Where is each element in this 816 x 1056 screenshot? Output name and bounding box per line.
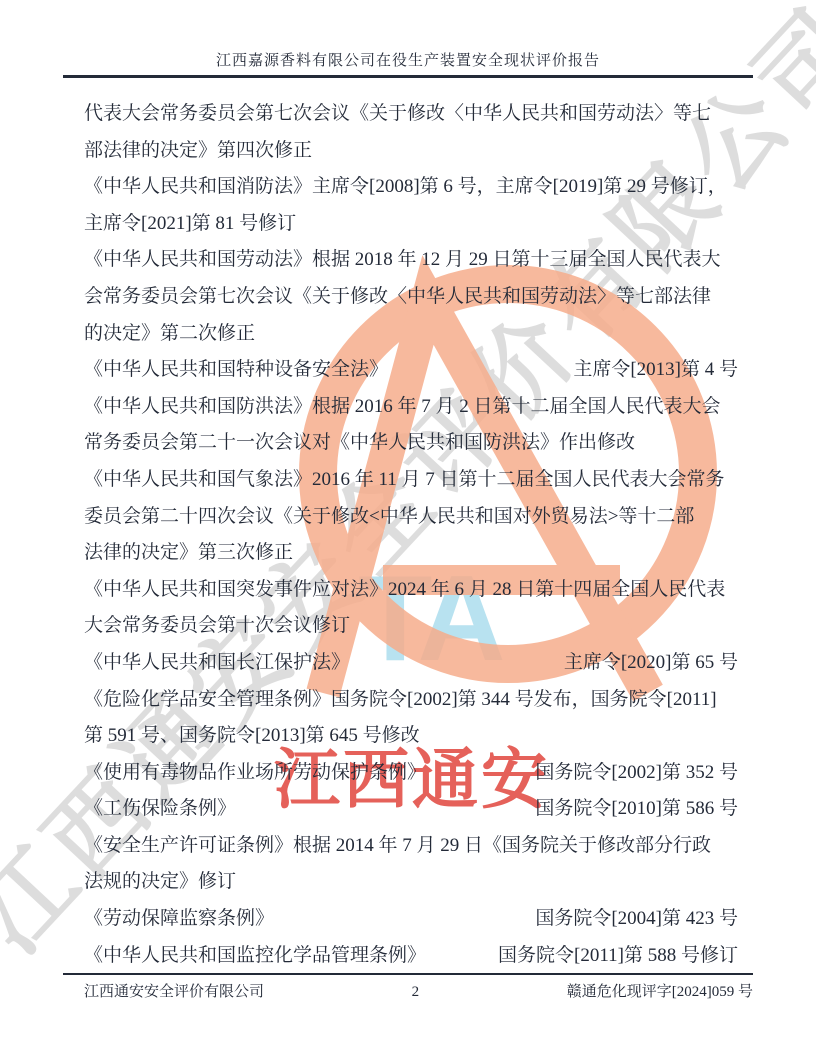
law-text: 法规的决定》修订 xyxy=(84,864,236,901)
body-line: 第 591 号、国务院令[2013]第 645 号修改 xyxy=(84,718,738,755)
decree-number: 主席令[2020]第 65 号 xyxy=(564,645,738,682)
footer-doc-number: 赣通危化现评字[2024]059 号 xyxy=(567,980,753,1001)
body-line: 大会常务委员会第十次会议修订 xyxy=(84,608,738,645)
document-page: 江西通安安全评价有限公司 TA 江西通安 江西嘉源香料有限公司在役生产装置安全现… xyxy=(0,0,816,1056)
law-text: 《中华人民共和国劳动法》根据 2018 年 12 月 29 日第十三届全国人民代… xyxy=(84,242,721,279)
body-line: 委员会第二十四次会议《关于修改<中华人民共和国对外贸易法>等十二部 xyxy=(84,499,738,536)
law-text: 《工伤保险条例》 xyxy=(84,791,236,828)
body-line: 《安全生产许可证条例》根据 2014 年 7 月 29 日《国务院关于修改部分行… xyxy=(84,828,738,865)
law-text: 代表大会常务委员会第七次会议《关于修改〈中华人民共和国劳动法〉等七 xyxy=(84,96,711,133)
body-line: 《使用有毒物品作业场所劳动保护条例》国务院令[2002]第 352 号 xyxy=(84,755,738,792)
law-text: 《劳动保障监察条例》 xyxy=(84,901,274,938)
body-line: 《中华人民共和国消防法》主席令[2008]第 6 号，主席令[2019]第 29… xyxy=(84,169,738,206)
law-text: 《中华人民共和国防洪法》根据 2016 年 7 月 2 日第十二届全国人民代表大… xyxy=(84,389,721,426)
decree-number: 国务院令[2010]第 586 号 xyxy=(535,791,738,828)
decree-number: 主席令[2013]第 4 号 xyxy=(573,352,738,389)
body-line: 法律的决定》第三次修正 xyxy=(84,535,738,572)
law-text: 主席令[2021]第 81 号修订 xyxy=(84,206,296,243)
body-line: 部法律的决定》第四次修正 xyxy=(84,133,738,170)
law-text: 会常务委员会第七次会议《关于修改〈中华人民共和国劳动法〉等七部法律 xyxy=(84,279,711,316)
header-rule xyxy=(63,75,753,78)
law-text: 《中华人民共和国监控化学品管理条例》 xyxy=(84,938,426,975)
body-line: 的决定》第二次修正 xyxy=(84,316,738,353)
decree-number: 国务院令[2002]第 352 号 xyxy=(535,755,738,792)
law-text: 《中华人民共和国突发事件应对法》2024 年 6 月 28 日第十四届全国人民代… xyxy=(84,572,725,609)
footer-page-number: 2 xyxy=(412,984,420,1001)
law-text: 常务委员会第二十一次会议对《中华人民共和国防洪法》作出修改 xyxy=(84,425,635,462)
law-text: 《中华人民共和国消防法》主席令[2008]第 6 号，主席令[2019]第 29… xyxy=(84,169,727,206)
law-text: 的决定》第二次修正 xyxy=(84,316,255,353)
body-line: 常务委员会第二十一次会议对《中华人民共和国防洪法》作出修改 xyxy=(84,425,738,462)
body-line: 《中华人民共和国气象法》2016 年 11 月 7 日第十二届全国人民代表大会常… xyxy=(84,462,738,499)
law-text: 委员会第二十四次会议《关于修改<中华人民共和国对外贸易法>等十二部 xyxy=(84,499,694,536)
body-line: 《中华人民共和国防洪法》根据 2016 年 7 月 2 日第十二届全国人民代表大… xyxy=(84,389,738,426)
footer-company: 江西通安安全评价有限公司 xyxy=(84,980,264,1001)
law-text: 《中华人民共和国气象法》2016 年 11 月 7 日第十二届全国人民代表大会常… xyxy=(84,462,725,499)
body-line: 《中华人民共和国突发事件应对法》2024 年 6 月 28 日第十四届全国人民代… xyxy=(84,572,738,609)
law-text: 《中华人民共和国长江保护法》 xyxy=(84,645,350,682)
body-line: 《中华人民共和国长江保护法》主席令[2020]第 65 号 xyxy=(84,645,738,682)
body-line: 《中华人民共和国劳动法》根据 2018 年 12 月 29 日第十三届全国人民代… xyxy=(84,242,738,279)
page-footer: 江西通安安全评价有限公司 2 赣通危化现评字[2024]059 号 xyxy=(84,980,753,1001)
law-text: 部法律的决定》第四次修正 xyxy=(84,133,312,170)
law-text: 第 591 号、国务院令[2013]第 645 号修改 xyxy=(84,718,420,755)
decree-number: 国务院令[2004]第 423 号 xyxy=(535,901,738,938)
law-text: 《中华人民共和国特种设备安全法》 xyxy=(84,352,388,389)
body-line: 《工伤保险条例》国务院令[2010]第 586 号 xyxy=(84,791,738,828)
page-content: 江西嘉源香料有限公司在役生产装置安全现状评价报告 代表大会常务委员会第七次会议《… xyxy=(0,0,816,1056)
body-line: 《劳动保障监察条例》国务院令[2004]第 423 号 xyxy=(84,901,738,938)
law-text: 《使用有毒物品作业场所劳动保护条例》 xyxy=(84,755,426,792)
body-line: 《中华人民共和国监控化学品管理条例》国务院令[2011]第 588 号修订 xyxy=(84,938,738,975)
body-text: 代表大会常务委员会第七次会议《关于修改〈中华人民共和国劳动法〉等七部法律的决定》… xyxy=(84,96,738,974)
body-line: 《中华人民共和国特种设备安全法》主席令[2013]第 4 号 xyxy=(84,352,738,389)
law-text: 法律的决定》第三次修正 xyxy=(84,535,293,572)
body-line: 《危险化学品安全管理条例》国务院令[2002]第 344 号发布，国务院令[20… xyxy=(84,682,738,719)
law-text: 《危险化学品安全管理条例》国务院令[2002]第 344 号发布，国务院令[20… xyxy=(84,682,717,719)
law-text: 《安全生产许可证条例》根据 2014 年 7 月 29 日《国务院关于修改部分行… xyxy=(84,828,711,865)
body-line: 会常务委员会第七次会议《关于修改〈中华人民共和国劳动法〉等七部法律 xyxy=(84,279,738,316)
body-line: 法规的决定》修订 xyxy=(84,864,738,901)
footer-rule xyxy=(63,973,753,975)
body-line: 代表大会常务委员会第七次会议《关于修改〈中华人民共和国劳动法〉等七 xyxy=(84,96,738,133)
body-line: 主席令[2021]第 81 号修订 xyxy=(84,206,738,243)
law-text: 大会常务委员会第十次会议修订 xyxy=(84,608,350,645)
header-title: 江西嘉源香料有限公司在役生产装置安全现状评价报告 xyxy=(0,49,816,70)
decree-number: 国务院令[2011]第 588 号修订 xyxy=(498,938,738,975)
